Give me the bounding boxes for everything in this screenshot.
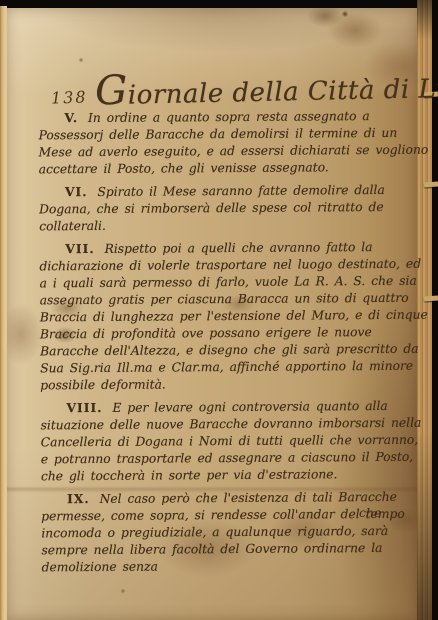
section-text: Nel caso però che l'esistenza di tali Ba… <box>41 490 405 574</box>
section-viii: VIII. E per levare ogni controversia qua… <box>40 397 431 486</box>
section-vi: VI. Spirato il Mese saranno fatte demoli… <box>39 181 429 236</box>
section-text: In ordine a quanto sopra resta assegnato… <box>38 109 428 176</box>
section-numeral: V. <box>64 110 82 125</box>
section-numeral: VIII. <box>66 400 106 415</box>
page-number: 138 <box>51 87 88 107</box>
manuscript-photo: 138 Giornale della Città di Livorno V. I… <box>0 0 438 620</box>
section-numeral: VI. <box>65 184 92 199</box>
section-numeral: VII. <box>65 241 98 256</box>
gutter-edge <box>0 6 7 620</box>
section-vii: VII. Rispetto poi a quelli che avranno f… <box>39 238 430 395</box>
section-text: Rispetto poi a quelli che avranno fatto … <box>39 240 427 392</box>
section-numeral: IX. <box>67 491 94 506</box>
section-v: V. In ordine a quanto sopra resta assegn… <box>38 107 428 179</box>
section-ix: IX. Nel caso però che l'esistenza di tal… <box>41 488 432 577</box>
manuscript-page: 138 Giornale della Città di Livorno V. I… <box>7 8 417 620</box>
catchword: che <box>359 505 381 520</box>
